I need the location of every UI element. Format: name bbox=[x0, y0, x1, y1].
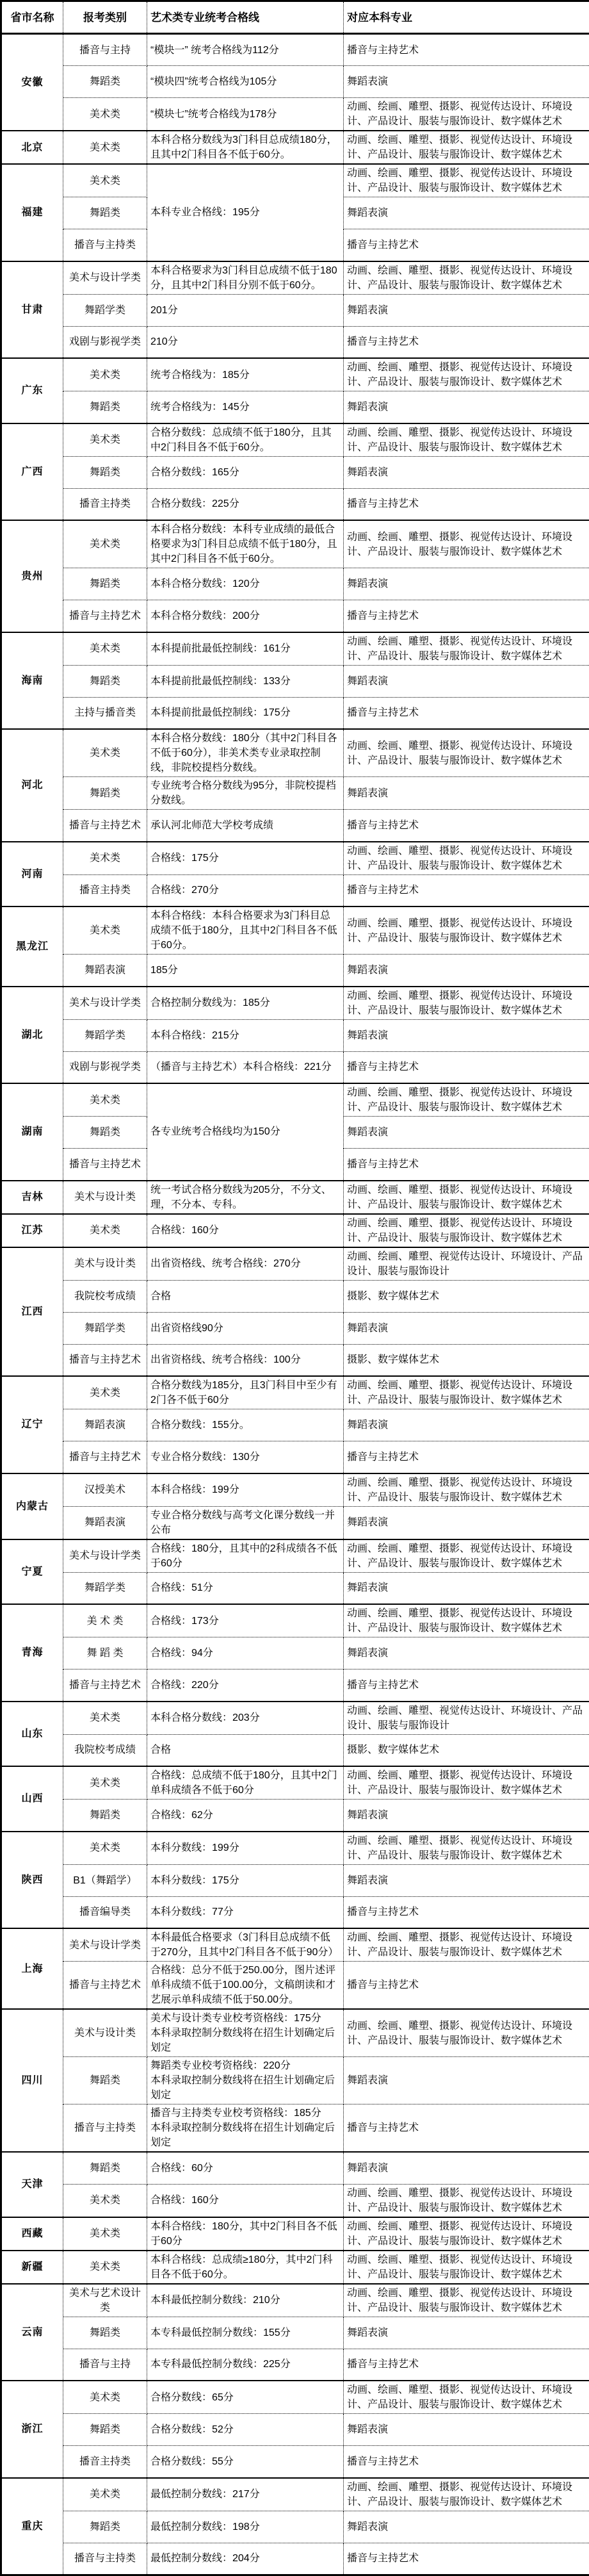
table-row: 舞蹈类本科提前批最低控制线：133分舞蹈表演 bbox=[1, 665, 589, 697]
score-line-cell: 合格 bbox=[147, 1280, 344, 1312]
majors-cell: 舞蹈表演 bbox=[344, 294, 589, 326]
table-row: 湖南美术类各专业统考合格线均为150分动画、绘画、雕塑、摄影、视觉传达设计、环境… bbox=[1, 1083, 589, 1117]
table-row: 山东美术类本科合格分数线：203分动画、绘画、雕塑、视觉传达设计、环境设计、产品… bbox=[1, 1702, 589, 1735]
province-name: 河北 bbox=[1, 729, 63, 842]
score-line-cell: 专业合格分数线与高考文化课分数线一并公布 bbox=[147, 1506, 344, 1539]
majors-cell: 动画、绘画、雕塑、摄影、视觉传达设计、环境设计、产品设计、服装与服饰设计、数字媒… bbox=[344, 1181, 589, 1214]
category-cell: 美术类 bbox=[63, 1083, 147, 1117]
table-row: 播音与主持艺术专业合格分数线：130分播音与主持艺术 bbox=[1, 1441, 589, 1473]
score-line-cell: 本科最低合格要求（3门科目总成绩不低于270分，且其中2门科目各不低于90分） bbox=[147, 1928, 344, 1962]
category-cell: 播音主持类 bbox=[63, 2446, 147, 2478]
category-cell: 舞蹈表演 bbox=[63, 1506, 147, 1539]
province-name: 青海 bbox=[1, 1604, 63, 1702]
province-name: 新疆 bbox=[1, 2251, 63, 2284]
majors-cell: 动画、绘画、雕塑、摄影、视觉传达设计、环境设计、产品设计、服装与服饰设计、数字媒… bbox=[344, 2381, 589, 2414]
score-line-cell: 统一考试合格分数线为205分，不分文、理，不分本、专科。 bbox=[147, 1181, 344, 1214]
score-line-cell: “模块四”统考合格线为105分 bbox=[147, 66, 344, 98]
score-line-cell: 185分 bbox=[147, 955, 344, 987]
category-cell: 舞 蹈 类 bbox=[63, 1637, 147, 1669]
category-cell: 舞蹈类 bbox=[63, 66, 147, 98]
table-row: 舞蹈表演合格分数线：155分。舞蹈表演 bbox=[1, 1409, 589, 1441]
majors-cell: 动画、绘画、雕塑、摄影、视觉传达设计、环境设计、产品设计、服装与服饰设计、数字媒… bbox=[344, 907, 589, 955]
majors-cell: 动画、绘画、雕塑、摄影、视觉传达设计、环境设计、产品设计、服装与服饰设计、数字媒… bbox=[344, 520, 589, 568]
score-line-cell: 合格线：总分不低于250.00分，图片述评单科成绩不低于100.00分，文稿朗读… bbox=[147, 1962, 344, 2010]
table-row: 我院校考成绩合格摄影、数字媒体艺术 bbox=[1, 1734, 589, 1766]
table-row: 安徽播音与主持“模块一” 统考合格线为112分播音与主持艺术 bbox=[1, 34, 589, 66]
score-table-body: 安徽播音与主持“模块一” 统考合格线为112分播音与主持艺术舞蹈类“模块四”统考… bbox=[1, 34, 589, 2575]
table-row: 四川美术与设计类美术与设计类专业校考资格线：175分 本科录取控制分数线将在招生… bbox=[1, 2009, 589, 2057]
table-row: 舞蹈类合格分数线：52分舞蹈表演 bbox=[1, 2414, 589, 2446]
score-line-cell: 舞蹈类专业校考资格线：220分 本科录取控制分数线将在招生计划确定后划定 bbox=[147, 2057, 344, 2104]
score-line-cell: 本科合格分数线：本科专业成绩的最低合格要求为3门科目总成绩不低于180分，且其中… bbox=[147, 520, 344, 568]
category-cell: 美术类 bbox=[63, 1376, 147, 1409]
table-row: 吉林美术与设计类统一考试合格分数线为205分，不分文、理，不分本、专科。动画、绘… bbox=[1, 1181, 589, 1214]
category-cell: 舞蹈学类 bbox=[63, 1572, 147, 1604]
table-row: 江西美术与设计类出省资格线、统考合格线：270分动画、绘画、雕塑、视觉传达设计、… bbox=[1, 1247, 589, 1281]
category-cell: 美术类 bbox=[63, 2217, 147, 2251]
table-row: 播音与主持本专科最低控制分数线：225分播音与主持艺术 bbox=[1, 2349, 589, 2381]
majors-cell: 舞蹈表演 bbox=[344, 1572, 589, 1604]
score-line-cell: 本科合格分数线：180分（其中2门科目各不低于60分），非美术类专业录取控制线，… bbox=[147, 729, 344, 777]
category-cell: 播音与主持艺术 bbox=[63, 1149, 147, 1181]
table-row: 北京美术类本科合格分数线为3门科目总成绩180分，且其中2门科目各不低于60分。… bbox=[1, 131, 589, 164]
majors-cell: 播音与主持艺术 bbox=[344, 2446, 589, 2478]
table-row: 黑龙江美术类本科合格线：本科合格要求为3门科目总成绩不低于180分，且其中2门科… bbox=[1, 907, 589, 955]
table-row: 舞蹈类统考合格线为：145分舞蹈表演 bbox=[1, 391, 589, 423]
province-name: 贵州 bbox=[1, 520, 63, 632]
score-line-cell: 本科合格分数线：203分 bbox=[147, 1702, 344, 1735]
province-name: 江西 bbox=[1, 1247, 63, 1377]
table-row: 舞蹈类专业统考合格分数线为95分，非院校提档分数线。舞蹈表演 bbox=[1, 777, 589, 810]
majors-cell: 动画、绘画、雕塑、摄影、视觉传达设计、环境设计、产品设计、服装与服饰设计、数字媒… bbox=[344, 632, 589, 666]
majors-cell: 播音与主持艺术 bbox=[344, 2543, 589, 2575]
majors-cell: 舞蹈表演 bbox=[344, 1800, 589, 1832]
table-row: 戏剧与影视学类（播音与主持艺术）本科合格线：221分播音与主持艺术 bbox=[1, 1051, 589, 1083]
province-name: 四川 bbox=[1, 2009, 63, 2152]
table-row: 广西美术类合格分数线：总成绩不低于180分，且其中2门科目各不低于60分。动画、… bbox=[1, 423, 589, 457]
category-cell: 播音与主持艺术 bbox=[63, 1962, 147, 2010]
category-cell: 美术类 bbox=[63, 1832, 147, 1865]
score-line-cell: 合格线：总成绩不低于180分，且其中2门单科成绩各不低于60分 bbox=[147, 1766, 344, 1800]
category-cell: 舞蹈类 bbox=[63, 1800, 147, 1832]
column-header-majors: 对应本科专业 bbox=[344, 1, 589, 34]
score-line-cell: （播音与主持艺术）本科合格线：221分 bbox=[147, 1051, 344, 1083]
majors-cell: 动画、绘画、雕塑、摄影、视觉传达设计、环境设计、产品设计、服装与服饰设计、数字媒… bbox=[344, 261, 589, 295]
category-cell: 美术类 bbox=[63, 423, 147, 457]
table-row: 江苏美术类合格线：160分动画、绘画、雕塑、摄影、视觉传达设计、环境设计、产品设… bbox=[1, 1214, 589, 1247]
score-line-cell: 本科合格线：215分 bbox=[147, 1019, 344, 1051]
category-cell: 播音与主持 bbox=[63, 2349, 147, 2381]
category-cell: 舞蹈类 bbox=[63, 777, 147, 810]
table-row: 甘肃美术与设计学类本科合格要求为3门科目总成绩不低于180分，且其中2门科目分别… bbox=[1, 261, 589, 295]
table-row: 舞蹈学类合格线：51分舞蹈表演 bbox=[1, 1572, 589, 1604]
table-header: 省市名称 报考类别 艺术类专业统考合格线 对应本科专业 bbox=[1, 1, 589, 34]
province-name: 西藏 bbox=[1, 2217, 63, 2251]
majors-cell: 舞蹈表演 bbox=[344, 665, 589, 697]
score-line-cell: 播音与主持类专业校考资格线：185分 本科录取控制分数线将在招生计划确定后划定 bbox=[147, 2104, 344, 2153]
table-row: 云南美术与艺术设计类本科最低控制分数线：210分动画、绘画、雕塑、摄影、视觉传达… bbox=[1, 2284, 589, 2317]
majors-cell: 动画、绘画、雕塑、摄影、视觉传达设计、环境设计、产品设计、服装与服饰设计、数字媒… bbox=[344, 1083, 589, 1117]
score-line-cell: 本科分数线：175分 bbox=[147, 1864, 344, 1896]
majors-cell: 舞蹈表演 bbox=[344, 955, 589, 987]
category-cell: 美术类 bbox=[63, 729, 147, 777]
table-row: 舞 蹈 类合格线：94分舞蹈表演 bbox=[1, 1637, 589, 1669]
majors-cell: 动画、绘画、雕塑、摄影、视觉传达设计、环境设计、产品设计、服装与服饰设计、数字媒… bbox=[344, 164, 589, 197]
majors-cell: 动画、绘画、雕塑、摄影、视觉传达设计、环境设计、产品设计、服装与服饰设计、数字媒… bbox=[344, 2184, 589, 2217]
table-row: 播音与主持类最低控制分数线：204分播音与主持艺术 bbox=[1, 2543, 589, 2575]
category-cell: 播音与主持艺术 bbox=[63, 810, 147, 842]
majors-cell: 动画、绘画、雕塑、摄影、视觉传达设计、环境设计、产品设计、服装与服饰设计、数字媒… bbox=[344, 1928, 589, 1962]
page: 省市名称 报考类别 艺术类专业统考合格线 对应本科专业 安徽播音与主持“模块一”… bbox=[0, 0, 589, 2576]
table-row: 青海美 术 类合格线：173分动画、绘画、雕塑、摄影、视觉传达设计、环境设计、产… bbox=[1, 1604, 589, 1637]
category-cell: 播音与主持艺术 bbox=[63, 600, 147, 632]
category-cell: 舞蹈学类 bbox=[63, 294, 147, 326]
table-row: 陕西美术类本科分数线：199分动画、绘画、雕塑、摄影、视觉传达设计、环境设计、产… bbox=[1, 1832, 589, 1865]
table-row: 舞蹈学类201分舞蹈表演 bbox=[1, 294, 589, 326]
majors-cell: 播音与主持艺术 bbox=[344, 1441, 589, 1473]
score-line-cell: 本科合格要求为3门科目总成绩不低于180分，且其中2门科目分别不低于60分。 bbox=[147, 261, 344, 295]
category-cell: 播音与主持 bbox=[63, 34, 147, 66]
majors-cell: 动画、绘画、雕塑、摄影、视觉传达设计、环境设计、产品设计、服装与服饰设计、数字媒… bbox=[344, 2009, 589, 2057]
majors-cell: 舞蹈表演 bbox=[344, 2057, 589, 2104]
category-cell: 美术类 bbox=[63, 358, 147, 391]
table-row: 辽宁美术类合格分数线为185分，且3门科目中至少有2门各不低于60分动画、绘画、… bbox=[1, 1376, 589, 1409]
province-name: 陕西 bbox=[1, 1832, 63, 1929]
majors-cell: 动画、绘画、雕塑、摄影、视觉传达设计、环境设计、产品设计、服装与服饰设计、数字媒… bbox=[344, 1214, 589, 1247]
category-cell: 美术类 bbox=[63, 842, 147, 875]
score-line-cell: 本科提前批最低控制线：175分 bbox=[147, 697, 344, 729]
category-cell: 舞蹈表演 bbox=[63, 955, 147, 987]
column-header-category: 报考类别 bbox=[63, 1, 147, 34]
category-cell: 美术与设计学类 bbox=[63, 1539, 147, 1573]
table-row: 美术类“模块七”统考合格线为178分动画、绘画、雕塑、摄影、视觉传达设计、环境设… bbox=[1, 98, 589, 131]
majors-cell: 动画、绘画、雕塑、摄影、视觉传达设计、环境设计、产品设计、服装与服饰设计、数字媒… bbox=[344, 1473, 589, 1507]
score-line-cell: 本科提前批最低控制线：161分 bbox=[147, 632, 344, 666]
majors-cell: 舞蹈表演 bbox=[344, 197, 589, 229]
score-line-cell: 合格线：175分 bbox=[147, 842, 344, 875]
score-line-cell: 合格线：62分 bbox=[147, 1800, 344, 1832]
table-row: 天津舞蹈类合格线：60分舞蹈表演 bbox=[1, 2152, 589, 2184]
category-cell: 美术类 bbox=[63, 131, 147, 164]
score-line-cell: 合格线：94分 bbox=[147, 1637, 344, 1669]
table-row: 舞蹈学类本科合格线：215分舞蹈表演 bbox=[1, 1019, 589, 1051]
table-row: 播音与主持艺术合格线：220分播音与主持艺术 bbox=[1, 1669, 589, 1702]
majors-cell: 舞蹈表演 bbox=[344, 568, 589, 600]
category-cell: 美术与设计学类 bbox=[63, 1928, 147, 1962]
category-cell: 美术类 bbox=[63, 520, 147, 568]
majors-cell: 播音与主持艺术 bbox=[344, 34, 589, 66]
category-cell: 舞蹈类 bbox=[63, 2511, 147, 2543]
score-line-cell: “模块一” 统考合格线为112分 bbox=[147, 34, 344, 66]
category-cell: 舞蹈类 bbox=[63, 2057, 147, 2104]
majors-cell: 舞蹈表演 bbox=[344, 391, 589, 423]
province-name: 辽宁 bbox=[1, 1376, 63, 1473]
table-row: 贵州美术类本科合格分数线：本科专业成绩的最低合格要求为3门科目总成绩不低于180… bbox=[1, 520, 589, 568]
score-line-cell: 合格分数线：总成绩不低于180分，且其中2门科目各不低于60分。 bbox=[147, 423, 344, 457]
majors-cell: 舞蹈表演 bbox=[344, 456, 589, 488]
table-row: 舞蹈类最低控制分数线：198分舞蹈表演 bbox=[1, 2511, 589, 2543]
table-row: 西藏美术类本科合格线：180分，其中2门科目各不低于60分动画、绘画、雕塑、摄影… bbox=[1, 2217, 589, 2251]
table-row: 重庆美术类最低控制分数线：217分动画、绘画、雕塑、摄影、视觉传达设计、环境设计… bbox=[1, 2478, 589, 2511]
majors-cell: 播音与主持艺术 bbox=[344, 326, 589, 358]
table-row: 舞蹈类合格线：62分舞蹈表演 bbox=[1, 1800, 589, 1832]
province-name: 福建 bbox=[1, 164, 63, 261]
category-cell: 我院校考成绩 bbox=[63, 1280, 147, 1312]
majors-cell: 动画、绘画、雕塑、摄影、视觉传达设计、环境设计、产品设计、服装与服饰设计、数字媒… bbox=[344, 358, 589, 391]
score-line-cell: 本科合格分数线：200分 bbox=[147, 600, 344, 632]
category-cell: 舞蹈类 bbox=[63, 2414, 147, 2446]
majors-cell: 播音与主持艺术 bbox=[344, 874, 589, 907]
column-header-score-line: 艺术类专业统考合格线 bbox=[147, 1, 344, 34]
majors-cell: 动画、绘画、雕塑、摄影、视觉传达设计、环境设计、产品设计、服装与服饰设计、数字媒… bbox=[344, 98, 589, 131]
score-line-cell: 各专业统考合格线均为150分 bbox=[147, 1083, 344, 1181]
score-line-cell: 承认河北师范大学校考成绩 bbox=[147, 810, 344, 842]
category-cell: 舞蹈表演 bbox=[63, 1409, 147, 1441]
province-name: 内蒙古 bbox=[1, 1473, 63, 1539]
majors-cell: 动画、绘画、雕塑、摄影、视觉传达设计、环境设计、产品设计、服装与服饰设计、数字媒… bbox=[344, 842, 589, 875]
category-cell: 舞蹈类 bbox=[63, 568, 147, 600]
table-row: 播音与主持艺术合格线：总分不低于250.00分，图片述评单科成绩不低于100.0… bbox=[1, 1962, 589, 2010]
score-line-cell: 美术与设计类专业校考资格线：175分 本科录取控制分数线将在招生计划确定后划定 bbox=[147, 2009, 344, 2057]
majors-cell: 舞蹈表演 bbox=[344, 1117, 589, 1149]
majors-cell: 动画、绘画、雕塑、摄影、视觉传达设计、环境设计、产品设计、服装与服饰设计、数字媒… bbox=[344, 729, 589, 777]
province-name: 山东 bbox=[1, 1702, 63, 1767]
score-line-cell: 合格线：270分 bbox=[147, 874, 344, 907]
score-line-cell: 本科最低控制分数线：210分 bbox=[147, 2284, 344, 2317]
score-line-cell: 合格线：160分 bbox=[147, 1214, 344, 1247]
majors-cell: 动画、绘画、雕塑、摄影、视觉传达设计、环境设计、产品设计、服装与服饰设计、数字媒… bbox=[344, 423, 589, 457]
score-line-cell: 本科专业合格线：195分 bbox=[147, 164, 344, 261]
majors-cell: 摄影、数字媒体艺术 bbox=[344, 1280, 589, 1312]
category-cell: 播音与主持类 bbox=[63, 2104, 147, 2153]
category-cell: 舞蹈类 bbox=[63, 1117, 147, 1149]
score-line-cell: 出省资格线、统考合格线：100分 bbox=[147, 1344, 344, 1376]
score-line-cell: 本科合格线：199分 bbox=[147, 1473, 344, 1507]
majors-cell: 舞蹈表演 bbox=[344, 66, 589, 98]
table-row: 舞蹈表演185分舞蹈表演 bbox=[1, 955, 589, 987]
category-cell: 美术与设计类 bbox=[63, 1247, 147, 1281]
category-cell: 汉授美术 bbox=[63, 1473, 147, 1507]
score-line-cell: 专业合格分数线：130分 bbox=[147, 1441, 344, 1473]
category-cell: 播音与主持类 bbox=[63, 229, 147, 261]
province-name: 天津 bbox=[1, 2152, 63, 2217]
majors-cell: 动画、绘画、雕塑、摄影、视觉传达设计、环境设计、产品设计、服装与服饰设计、数字媒… bbox=[344, 987, 589, 1020]
province-name: 湖北 bbox=[1, 987, 63, 1084]
province-name: 河南 bbox=[1, 842, 63, 907]
province-name: 北京 bbox=[1, 131, 63, 164]
score-line-cell: 本科合格分数线为3门科目总成绩180分，且其中2门科目各不低于60分。 bbox=[147, 131, 344, 164]
table-row: 播音与主持艺术承认河北师范大学校考成绩播音与主持艺术 bbox=[1, 810, 589, 842]
score-line-cell: 本科提前批最低控制线：133分 bbox=[147, 665, 344, 697]
table-row: 播音主持类合格分数线：55分播音与主持艺术 bbox=[1, 2446, 589, 2478]
table-row: 新疆美术类本科合格线：总成绩≥180分，其中2门科目各不低于60分。动画、绘画、… bbox=[1, 2251, 589, 2284]
header-row: 省市名称 报考类别 艺术类专业统考合格线 对应本科专业 bbox=[1, 1, 589, 34]
table-row: 广东美术类统考合格线为：185分动画、绘画、雕塑、摄影、视觉传达设计、环境设计、… bbox=[1, 358, 589, 391]
score-line-cell: 专业统考合格分数线为95分，非院校提档分数线。 bbox=[147, 777, 344, 810]
category-cell: 主持与播音类 bbox=[63, 697, 147, 729]
majors-cell: 播音与主持艺术 bbox=[344, 1669, 589, 1702]
score-line-cell: 合格 bbox=[147, 1734, 344, 1766]
table-row: 舞蹈表演专业合格分数线与高考文化课分数线一并公布舞蹈表演 bbox=[1, 1506, 589, 1539]
category-cell: 美术类 bbox=[63, 164, 147, 197]
majors-cell: 动画、绘画、雕塑、视觉传达设计、环境设计、产品设计、服装与服饰设计 bbox=[344, 1247, 589, 1281]
majors-cell: 播音与主持艺术 bbox=[344, 810, 589, 842]
category-cell: 美术类 bbox=[63, 907, 147, 955]
majors-cell: 动画、绘画、雕塑、摄影、视觉传达设计、环境设计、产品设计、服装与服饰设计、数字媒… bbox=[344, 2251, 589, 2284]
majors-cell: 舞蹈表演 bbox=[344, 1019, 589, 1051]
category-cell: 美 术 类 bbox=[63, 1604, 147, 1637]
majors-cell: 播音与主持艺术 bbox=[344, 488, 589, 520]
score-line-cell: 合格线：51分 bbox=[147, 1572, 344, 1604]
majors-cell: 播音与主持艺术 bbox=[344, 697, 589, 729]
score-line-cell: 出省资格线90分 bbox=[147, 1312, 344, 1344]
score-line-cell: 最低控制分数线：217分 bbox=[147, 2478, 344, 2511]
province-name: 广东 bbox=[1, 358, 63, 423]
column-header-province: 省市名称 bbox=[1, 1, 63, 34]
majors-cell: 舞蹈表演 bbox=[344, 2317, 589, 2349]
table-row: 播音与主持艺术本科合格分数线：200分播音与主持艺术 bbox=[1, 600, 589, 632]
category-cell: 舞蹈类 bbox=[63, 2152, 147, 2184]
score-line-cell: 合格控制分数线为：185分 bbox=[147, 987, 344, 1020]
province-name: 海南 bbox=[1, 632, 63, 730]
table-row: 舞蹈类本专科最低控制分数线：155分舞蹈表演 bbox=[1, 2317, 589, 2349]
category-cell: 美术类 bbox=[63, 1766, 147, 1800]
majors-cell: 舞蹈表演 bbox=[344, 777, 589, 810]
score-line-cell: 合格分数线：55分 bbox=[147, 2446, 344, 2478]
category-cell: 舞蹈类 bbox=[63, 665, 147, 697]
score-line-cell: 合格线：180分，且其中的2科成绩各不低于60分 bbox=[147, 1539, 344, 1573]
table-row: 海南美术类本科提前批最低控制线：161分动画、绘画、雕塑、摄影、视觉传达设计、环… bbox=[1, 632, 589, 666]
majors-cell: 摄影、数字媒体艺术 bbox=[344, 1734, 589, 1766]
score-line-cell: 最低控制分数线：204分 bbox=[147, 2543, 344, 2575]
majors-cell: 舞蹈表演 bbox=[344, 1409, 589, 1441]
majors-cell: 动画、绘画、雕塑、摄影、视觉传达设计、环境设计、产品设计、服装与服饰设计、数字媒… bbox=[344, 1832, 589, 1865]
majors-cell: 播音与主持艺术 bbox=[344, 2104, 589, 2153]
table-row: 播音编导类本科分数线：77分播音与主持艺术 bbox=[1, 1896, 589, 1928]
province-name: 浙江 bbox=[1, 2381, 63, 2478]
category-cell: 舞蹈学类 bbox=[63, 1019, 147, 1051]
majors-cell: 舞蹈表演 bbox=[344, 2414, 589, 2446]
table-row: 宁夏美术与设计学类合格线：180分，且其中的2科成绩各不低于60分动画、绘画、雕… bbox=[1, 1539, 589, 1573]
table-row: 播音主持类合格线：270分播音与主持艺术 bbox=[1, 874, 589, 907]
majors-cell: 播音与主持艺术 bbox=[344, 600, 589, 632]
category-cell: 美术与设计类 bbox=[63, 1181, 147, 1214]
category-cell: 美术类 bbox=[63, 1702, 147, 1735]
table-row: 我院校考成绩合格摄影、数字媒体艺术 bbox=[1, 1280, 589, 1312]
score-line-cell: 合格线：160分 bbox=[147, 2184, 344, 2217]
majors-cell: 动画、绘画、雕塑、摄影、视觉传达设计、环境设计、产品设计、服装与服饰设计、数字媒… bbox=[344, 131, 589, 164]
category-cell: 播音主持类 bbox=[63, 488, 147, 520]
score-line-cell: 统考合格线为：185分 bbox=[147, 358, 344, 391]
province-name: 云南 bbox=[1, 2284, 63, 2381]
table-row: 福建美术类本科专业合格线：195分动画、绘画、雕塑、摄影、视觉传达设计、环境设计… bbox=[1, 164, 589, 197]
score-line-cell: 本科合格分数线：120分 bbox=[147, 568, 344, 600]
category-cell: 美术类 bbox=[63, 2251, 147, 2284]
table-row: 内蒙古汉授美术本科合格线：199分动画、绘画、雕塑、摄影、视觉传达设计、环境设计… bbox=[1, 1473, 589, 1507]
province-name: 安徽 bbox=[1, 34, 63, 131]
table-row: 播音与主持类播音与主持类专业校考资格线：185分 本科录取控制分数线将在招生计划… bbox=[1, 2104, 589, 2153]
score-line-cell: 合格线：60分 bbox=[147, 2152, 344, 2184]
score-line-cell: 本科合格线：本科合格要求为3门科目总成绩不低于180分，且其中2门科目各不低于6… bbox=[147, 907, 344, 955]
score-line-cell: 合格分数线：65分 bbox=[147, 2381, 344, 2414]
table-row: 舞蹈类舞蹈类专业校考资格线：220分 本科录取控制分数线将在招生计划确定后划定舞… bbox=[1, 2057, 589, 2104]
table-row: 美术类合格线：160分动画、绘画、雕塑、摄影、视觉传达设计、环境设计、产品设计、… bbox=[1, 2184, 589, 2217]
score-line-cell: 统考合格线为：145分 bbox=[147, 391, 344, 423]
score-line-cell: 合格分数线：155分。 bbox=[147, 1409, 344, 1441]
score-line-cell: 本科合格线：总成绩≥180分，其中2门科目各不低于60分。 bbox=[147, 2251, 344, 2284]
category-cell: 我院校考成绩 bbox=[63, 1734, 147, 1766]
majors-cell: 播音与主持艺术 bbox=[344, 1962, 589, 2010]
province-name: 江苏 bbox=[1, 1214, 63, 1247]
score-line-cell: 合格分数线为185分，且3门科目中至少有2门各不低于60分 bbox=[147, 1376, 344, 1409]
category-cell: 美术类 bbox=[63, 1214, 147, 1247]
majors-cell: 舞蹈表演 bbox=[344, 2511, 589, 2543]
category-cell: B1（舞蹈学） bbox=[63, 1864, 147, 1896]
majors-cell: 舞蹈表演 bbox=[344, 1506, 589, 1539]
category-cell: 美术类 bbox=[63, 632, 147, 666]
score-line-cell: 合格分数线：165分 bbox=[147, 456, 344, 488]
table-row: 山西美术类合格线：总成绩不低于180分，且其中2门单科成绩各不低于60分动画、绘… bbox=[1, 1766, 589, 1800]
province-name: 重庆 bbox=[1, 2478, 63, 2575]
score-line-cell: 合格线：220分 bbox=[147, 1669, 344, 1702]
province-name: 黑龙江 bbox=[1, 907, 63, 987]
majors-cell: 动画、绘画、雕塑、摄影、视觉传达设计、环境设计、产品设计、服装与服饰设计、数字媒… bbox=[344, 2217, 589, 2251]
majors-cell: 动画、绘画、雕塑、摄影、视觉传达设计、环境设计、产品设计、服装与服饰设计、数字媒… bbox=[344, 1539, 589, 1573]
score-line-cell: 本科分数线：199分 bbox=[147, 1832, 344, 1865]
category-cell: 美术类 bbox=[63, 2478, 147, 2511]
majors-cell: 动画、绘画、雕塑、视觉传达设计、环境设计、产品设计、服装与服饰设计 bbox=[344, 1702, 589, 1735]
majors-cell: 舞蹈表演 bbox=[344, 1864, 589, 1896]
category-cell: 舞蹈类 bbox=[63, 197, 147, 229]
category-cell: 舞蹈类 bbox=[63, 391, 147, 423]
category-cell: 播音与主持类 bbox=[63, 2543, 147, 2575]
majors-cell: 舞蹈表演 bbox=[344, 1637, 589, 1669]
score-line-cell: 本科合格线：180分，其中2门科目各不低于60分 bbox=[147, 2217, 344, 2251]
majors-cell: 舞蹈表演 bbox=[344, 2152, 589, 2184]
category-cell: 播音与主持艺术 bbox=[63, 1441, 147, 1473]
score-line-cell: 201分 bbox=[147, 294, 344, 326]
score-line-cell: 本专科最低控制分数线：155分 bbox=[147, 2317, 344, 2349]
table-row: 舞蹈学类出省资格线90分舞蹈表演 bbox=[1, 1312, 589, 1344]
category-cell: 舞蹈类 bbox=[63, 456, 147, 488]
category-cell: 播音主持类 bbox=[63, 874, 147, 907]
majors-cell: 播音与主持艺术 bbox=[344, 1051, 589, 1083]
province-name: 宁夏 bbox=[1, 1539, 63, 1605]
province-name: 山西 bbox=[1, 1766, 63, 1832]
table-row: 舞蹈类“模块四”统考合格线为105分舞蹈表演 bbox=[1, 66, 589, 98]
table-row: 舞蹈类合格分数线：165分舞蹈表演 bbox=[1, 456, 589, 488]
province-name: 甘肃 bbox=[1, 261, 63, 359]
table-row: 河南美术类合格线：175分动画、绘画、雕塑、摄影、视觉传达设计、环境设计、产品设… bbox=[1, 842, 589, 875]
category-cell: 美术与艺术设计类 bbox=[63, 2284, 147, 2317]
majors-cell: 摄影、数字媒体艺术 bbox=[344, 1344, 589, 1376]
majors-cell: 播音与主持艺术 bbox=[344, 229, 589, 261]
majors-cell: 动画、绘画、雕塑、摄影、视觉传达设计、环境设计、产品设计、服装与服饰设计、数字媒… bbox=[344, 1376, 589, 1409]
table-row: 主持与播音类本科提前批最低控制线：175分播音与主持艺术 bbox=[1, 697, 589, 729]
score-line-cell: 合格线：173分 bbox=[147, 1604, 344, 1637]
majors-cell: 动画、绘画、雕塑、摄影、视觉传达设计、环境设计、产品设计、服装与服饰设计、数字媒… bbox=[344, 2478, 589, 2511]
majors-cell: 动画、绘画、雕塑、摄影、视觉传达设计、环境设计、产品设计、服装与服饰设计、数字媒… bbox=[344, 1766, 589, 1800]
score-line-cell: 出省资格线、统考合格线：270分 bbox=[147, 1247, 344, 1281]
score-line-cell: 最低控制分数线：198分 bbox=[147, 2511, 344, 2543]
score-line-cell: 合格分数线：225分 bbox=[147, 488, 344, 520]
score-line-cell: 本专科最低控制分数线：225分 bbox=[147, 2349, 344, 2381]
category-cell: 戏剧与影视学类 bbox=[63, 326, 147, 358]
table-row: 戏剧与影视学类210分播音与主持艺术 bbox=[1, 326, 589, 358]
majors-cell: 播音与主持艺术 bbox=[344, 1896, 589, 1928]
category-cell: 戏剧与影视学类 bbox=[63, 1051, 147, 1083]
score-table: 省市名称 报考类别 艺术类专业统考合格线 对应本科专业 安徽播音与主持“模块一”… bbox=[0, 0, 589, 2576]
